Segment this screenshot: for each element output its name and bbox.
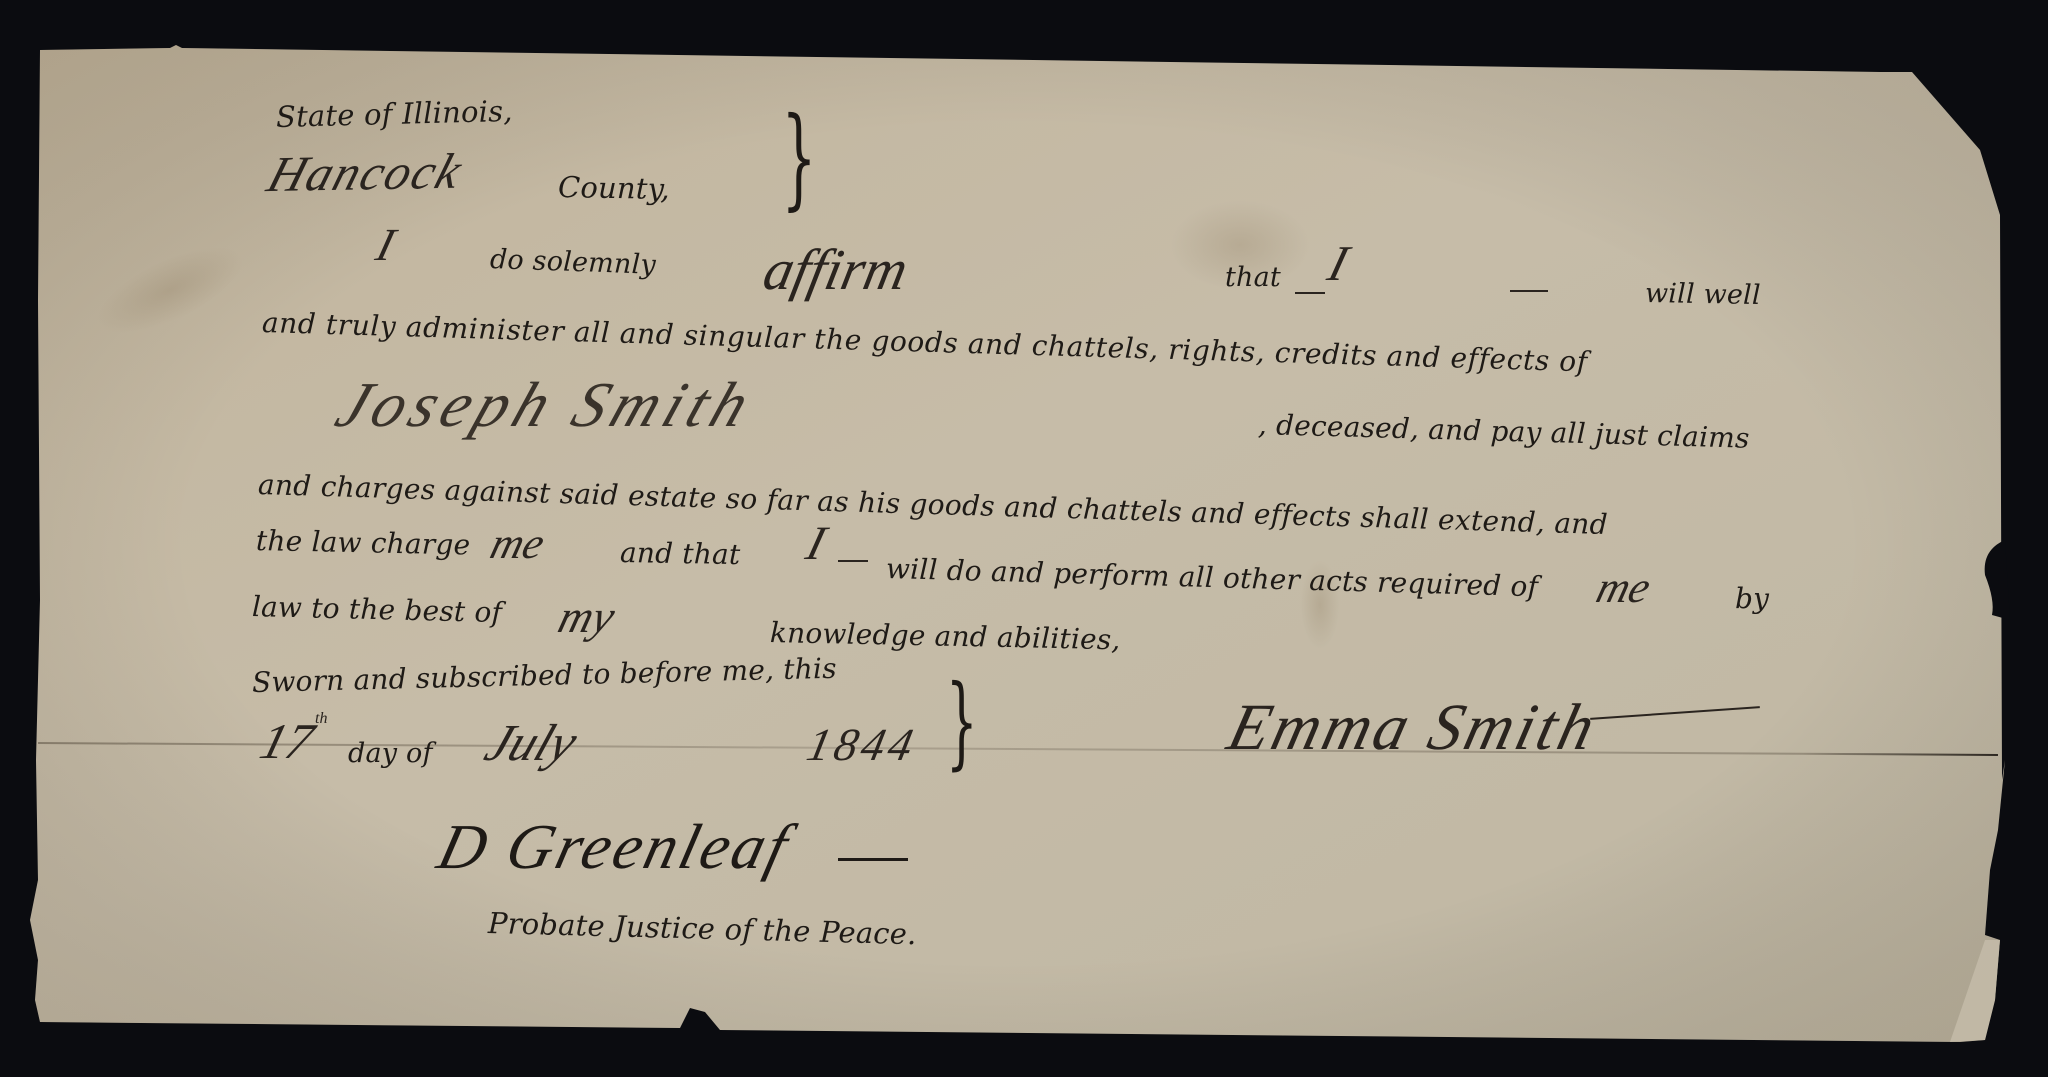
jurat-brace: } [946,672,978,772]
fill-me-2: me [1591,562,1656,613]
signature-flourish [1590,706,1760,720]
official-signature: D Greenleaf [431,810,798,884]
official-flourish [838,858,908,861]
affiant-signature: Emma Smith [1221,690,1605,766]
document-content: State of Illinois, Hancock County, } I d… [0,0,2048,1077]
blank-dash [838,560,868,562]
fill-me-1: me [485,518,550,569]
venue-brace: } [782,102,817,212]
oath-line-5-end: by [1735,582,1769,615]
venue-county-name: Hancock [261,141,470,203]
jurat-year: 1844 [802,718,921,771]
oath-line-3-suffix: , deceased, and pay all just claims [1258,408,1750,455]
fold-line [38,742,1998,756]
blank-dash [1295,292,1325,294]
oath-verb-affirm: affirm [758,236,914,303]
jurat-day: 17 [254,712,320,770]
jurat-day-suffix: th [315,710,327,728]
jurat-month: July [477,714,585,773]
official-title: Probate Justice of the Peace. [488,906,917,951]
jurat-line-1: Sworn and subscribed to before me, this [252,652,837,699]
oath-line-5-prefix: the law charge [256,524,471,561]
oath-that: that [1225,262,1281,293]
oath-will-well: will well [1645,278,1761,311]
fill-my: my [553,590,621,643]
blank-dash [1510,290,1548,292]
oath-do-solemnly: do solemnly [489,244,656,281]
oath-pronoun-i: I [371,218,401,271]
oath-affiant-i: I [1322,234,1354,292]
fill-i: I [801,516,832,571]
decedent-name: Joseph Smith [327,368,765,442]
oath-line-6-suffix: knowledge and abilities, [770,616,1121,656]
stain [85,229,255,351]
venue-county-label: County, [558,170,670,206]
venue-state: State of Illinois, [276,94,513,134]
jurat-day-of: day of [348,738,433,769]
oath-line-5-suffix: will do and perform all other acts requi… [886,552,1539,603]
oath-line-6-prefix: law to the best of [252,590,503,629]
oath-line-5-mid: and that [620,536,741,571]
